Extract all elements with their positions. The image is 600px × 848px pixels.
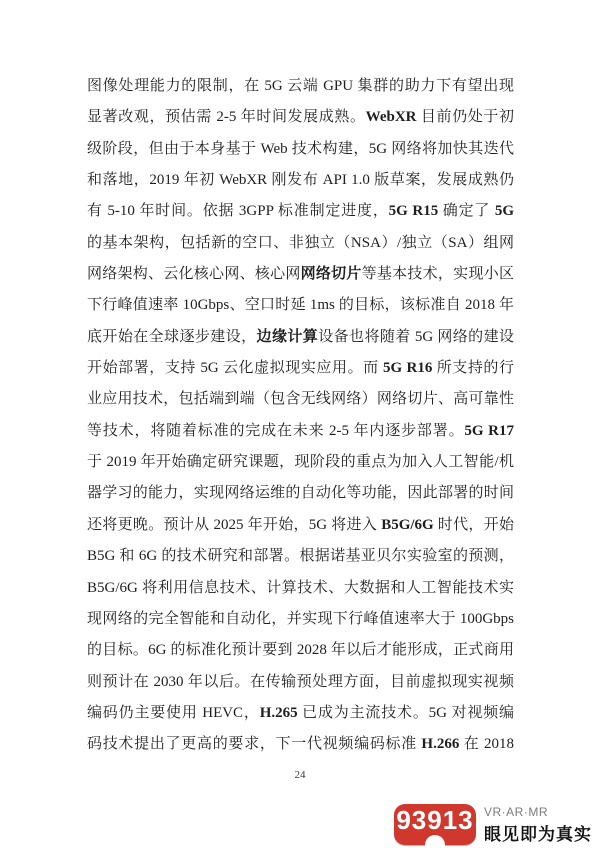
text-line: 下行峰值速率 10Gbps、空口时延 1ms 的目标，该标准自 2018 年 (87, 290, 514, 321)
text-line: 现网络的完全智能和自动化，并实现下行峰值速率大于 100Gbps (87, 604, 514, 635)
text-line: 还将更晚。预计从 2025 年开始，5G 将进入 B5G/6G 时代，开始 (87, 510, 514, 541)
tagline-zh: 眼见即为真实 (484, 820, 592, 845)
vr-goggles-badge-icon: 93913 (394, 804, 476, 845)
text-line: 等技术，将随着标准的完成在未来 2-5 年内逐步部署。5G R17 (87, 416, 514, 447)
badge-number: 93913 (396, 804, 473, 837)
text-line: B5G/6G 将利用信息技术、计算技术、大数据和人工智能技术实 (87, 573, 514, 604)
text-line: 有 5-10 年时间。依据 3GPP 标准制定进度，5G R15 确定了 5G (87, 196, 514, 227)
text-line: 器学习的能力，实现网络运维的自动化等功能，因此部署的时间 (87, 478, 514, 509)
document-page: 图像处理能力的限制，在 5G 云端 GPU 集群的助力下有望出现显著改观，预估需… (0, 0, 600, 848)
text-line: 显著改观，预估需 2-5 年时间发展成熟。WebXR 目前仍处于初 (87, 102, 514, 133)
tagline-en: VR·AR·MR (484, 805, 592, 819)
text-line: 业应用技术，包括端到端（包含无线网络）网络切片、高可靠性 (87, 384, 514, 415)
page-number: 24 (0, 769, 600, 781)
text-line: 于 2019 年开始确定研究课题，现阶段的重点为加入人工智能/机 (87, 447, 514, 478)
text-line: 级阶段，但由于本身基于 Web 技术构建，5G 网络将加快其迭代 (87, 134, 514, 165)
text-line: 图像处理能力的限制，在 5G 云端 GPU 集群的助力下有望出现 (87, 71, 514, 102)
body-text: 图像处理能力的限制，在 5G 云端 GPU 集群的助力下有望出现显著改观，预估需… (87, 71, 514, 761)
text-line: 的基本架构，包括新的空口、非独立（NSA）/独立（SA）组网 (87, 228, 514, 259)
text-line: 底开始在全球逐步建设，边缘计算设备也将随着 5G 网络的建设 (87, 322, 514, 353)
text-line: 则预计在 2030 年以后。在传输预处理方面，目前虚拟现实视频 (87, 667, 514, 698)
text-line: 开始部署，支持 5G 云化虚拟现实应用。而 5G R16 所支持的行 (87, 353, 514, 384)
text-line: 码技术提出了更高的要求，下一代视频编码标准 H.266 在 2018 (87, 729, 514, 760)
goggles-nose-notch (425, 835, 445, 848)
text-line: 的目标。6G 的标准化预计要到 2028 年以后才能形成，正式商用 (87, 635, 514, 666)
text-line: 网络架构、云化核心网、核心网网络切片等基本技术，实现小区 (87, 259, 514, 290)
text-line: B5G 和 6G 的技术研究和部署。根据诺基亚贝尔实验室的预测， (87, 541, 514, 572)
logo-taglines: VR·AR·MR 眼见即为真实 (484, 805, 592, 845)
text-line: 编码仍主要使用 HEVC，H.265 已成为主流技术。5G 对视频编 (87, 698, 514, 729)
text-line: 和落地，2019 年初 WebXR 刚发布 API 1.0 版草案，发展成熟仍 (87, 165, 514, 196)
brand-logo: 93913 VR·AR·MR 眼见即为真实 (394, 804, 592, 845)
